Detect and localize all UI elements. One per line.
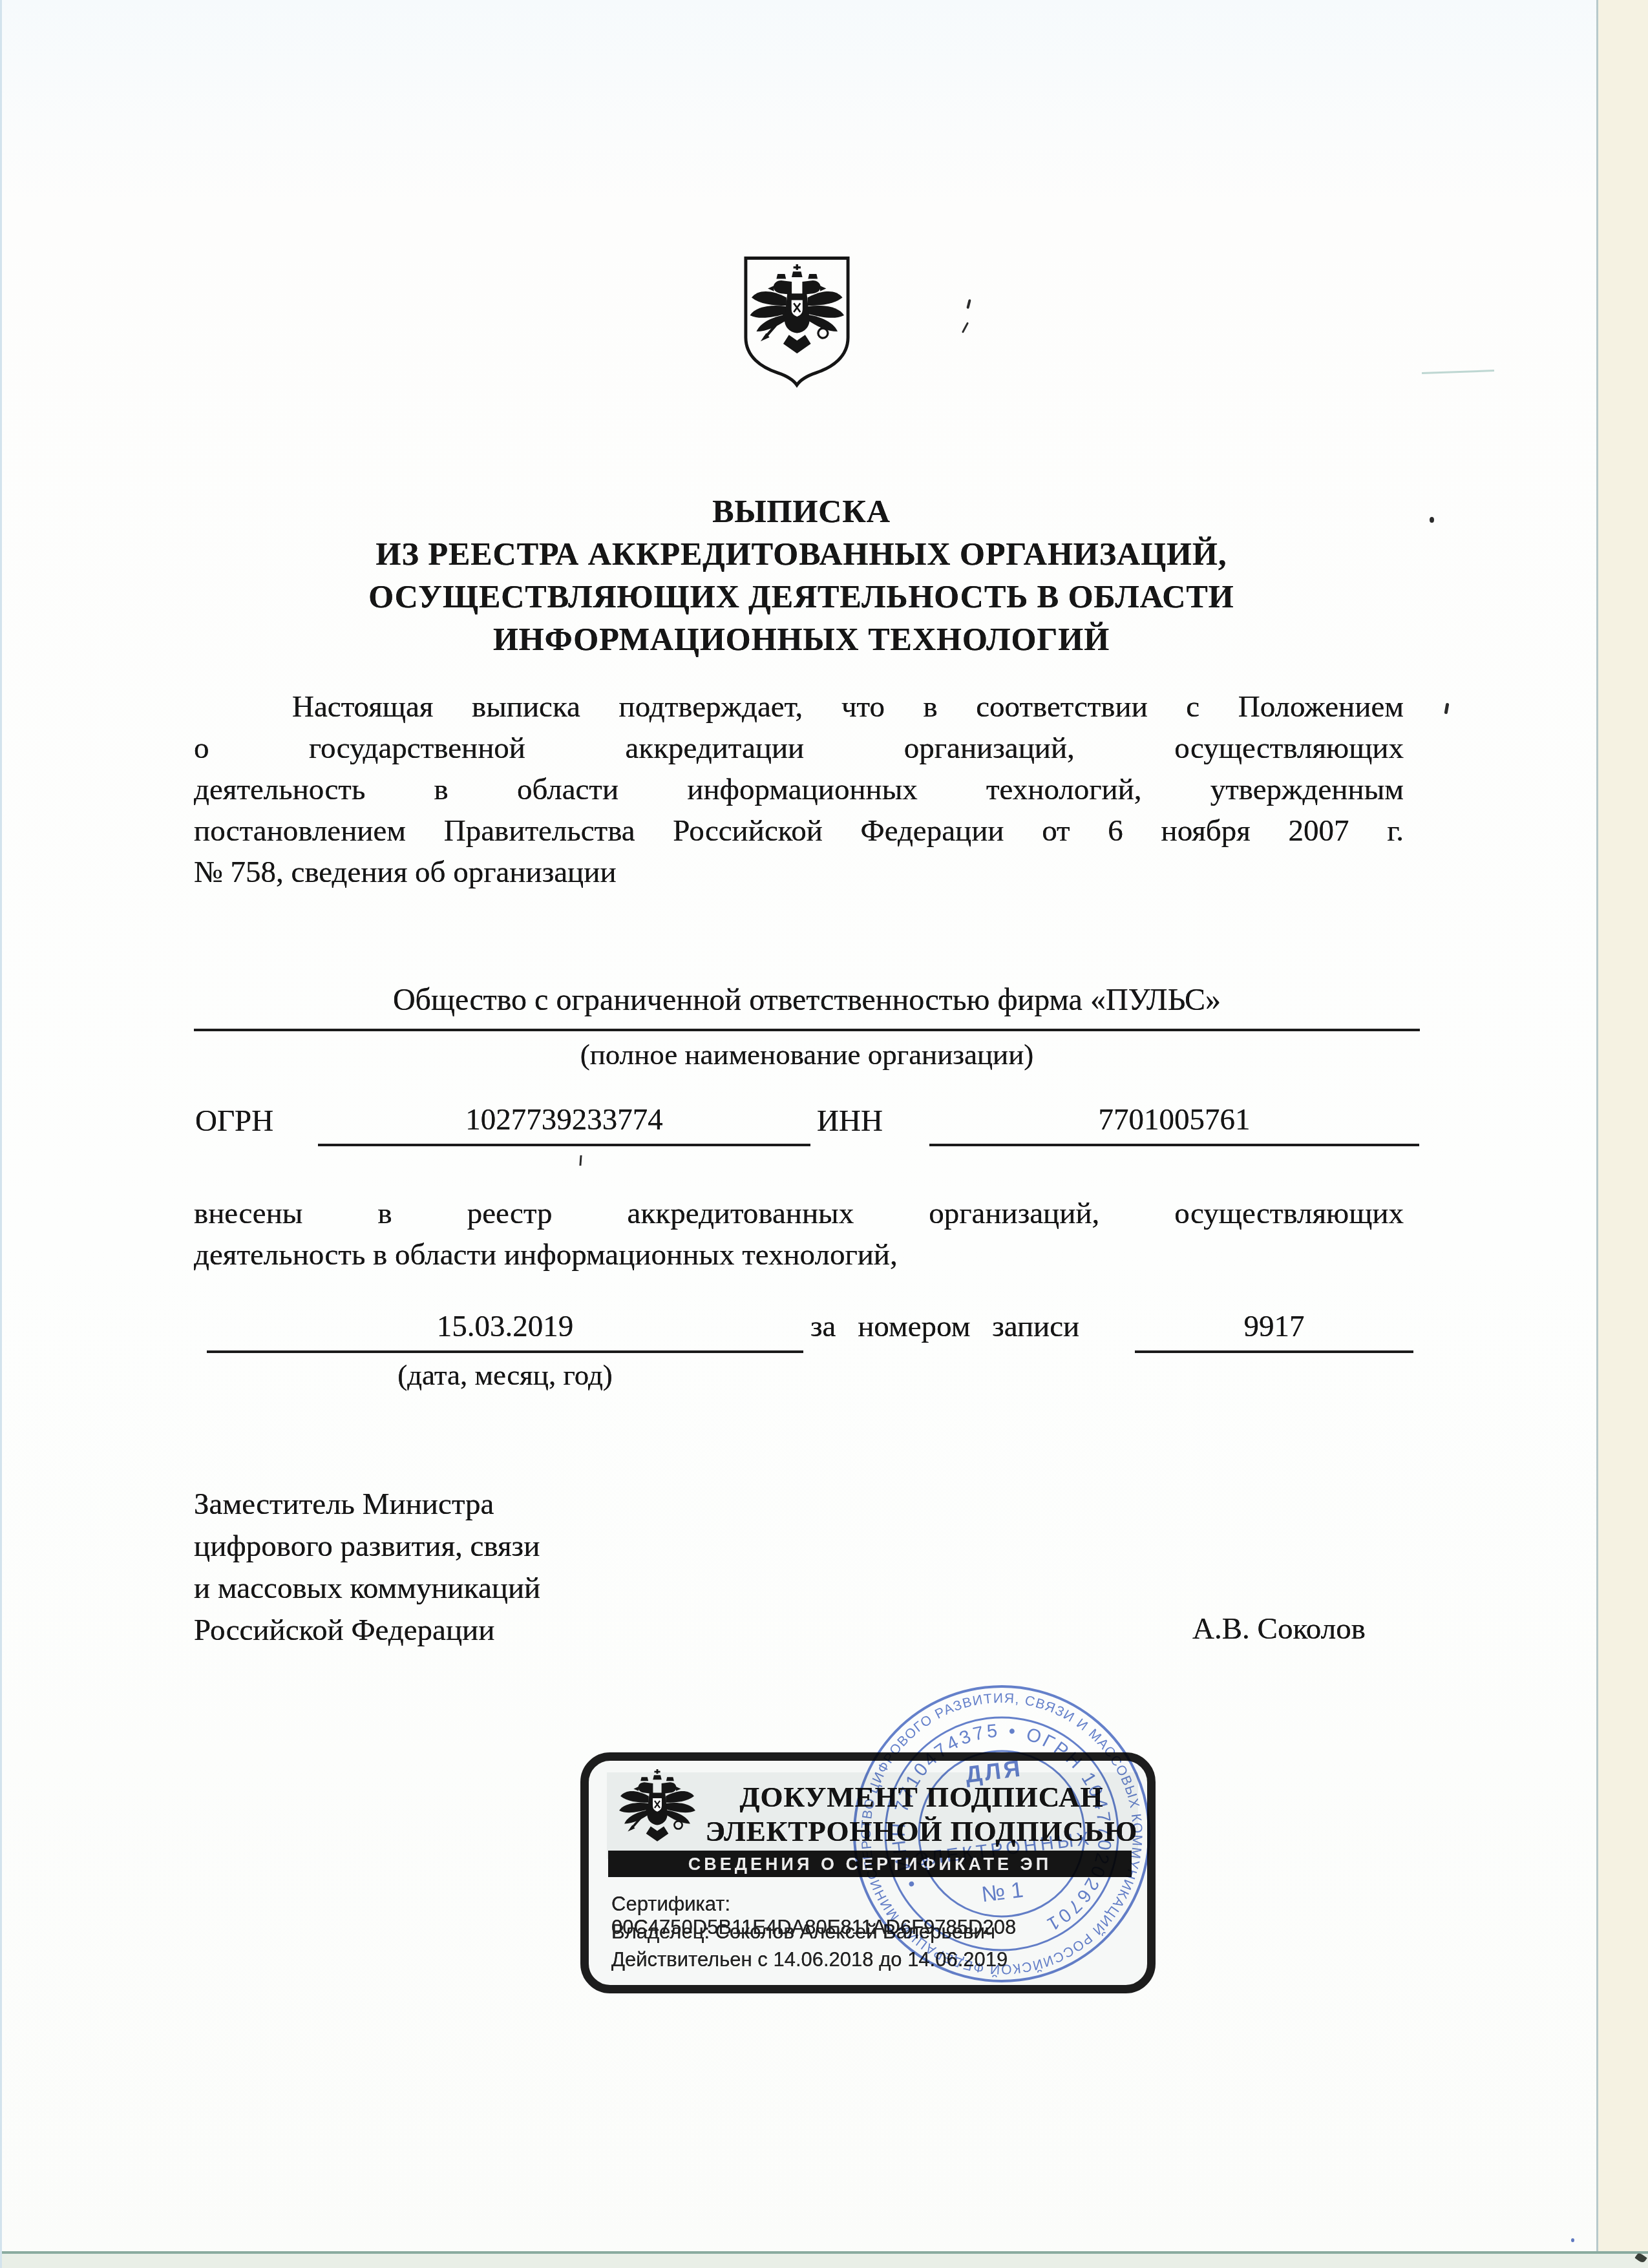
russia-coat-of-arms-icon — [739, 249, 855, 390]
paragraph-line: постановлением Правительства Российской … — [194, 810, 1404, 852]
paragraph-line: № 758, сведения об организации — [194, 852, 1404, 893]
signer-name: А.В. Соколов — [1192, 1612, 1366, 1646]
scan-bottom-paper-edge — [0, 2251, 1648, 2268]
registry-entry-paragraph: внесены в реестр аккредитованных организ… — [194, 1193, 1404, 1276]
record-number-label: за номером записи — [810, 1309, 1079, 1344]
underline — [207, 1350, 803, 1353]
scan-artifact — [1430, 517, 1434, 523]
underline — [318, 1144, 810, 1146]
inn-label: ИНН — [817, 1104, 883, 1139]
document-title: ВЫПИСКА ИЗ РЕЕСТРА АККРЕДИТОВАННЫХ ОРГАН… — [194, 490, 1409, 660]
underline — [1135, 1350, 1413, 1353]
record-date: 15.03.2019 — [207, 1309, 803, 1344]
date-caption: (дата, месяц, год) — [207, 1358, 803, 1392]
stamp-center-line2: ЭЛЕКТРОННЫХ — [914, 1828, 1093, 1870]
underline — [929, 1144, 1419, 1146]
scan-artifact — [962, 322, 969, 333]
stamp-center-line3: № 1 — [980, 1878, 1025, 1907]
underline — [194, 1029, 1420, 1031]
paragraph-line: деятельность в области информационных те… — [194, 769, 1404, 810]
intro-paragraph: Настоящая выписка подтверждает, что в со… — [194, 686, 1404, 893]
paragraph-line: Настоящая выписка подтверждает, что в со… — [194, 686, 1404, 728]
scan-artifact — [1422, 370, 1494, 374]
signer-position-line: Российской Федерации — [194, 1610, 969, 1652]
title-line: ИЗ РЕЕСТРА АККРЕДИТОВАННЫХ ОРГАНИЗАЦИЙ, — [194, 532, 1409, 575]
scan-artifact — [1444, 703, 1450, 715]
signer-position-line: Заместитель Министра — [194, 1484, 969, 1526]
organization-name-caption: (полное наименование организации) — [194, 1038, 1420, 1071]
scanned-document-page: ВЫПИСКА ИЗ РЕЕСТРА АККРЕДИТОВАННЫХ ОРГАН… — [0, 0, 1648, 2268]
record-number: 9917 — [1135, 1309, 1413, 1344]
signer-position-line: цифрового развития, связи — [194, 1526, 969, 1568]
svg-text:• ИНН 7710474375 • ОГРН 104770: • ИНН 7710474375 • ОГРН 1047702026701 — [850, 1682, 1154, 1986]
scan-artifact — [1571, 2238, 1574, 2242]
signer-position: Заместитель Министра цифрового развития,… — [194, 1484, 969, 1652]
inn-value: 7701005761 — [929, 1102, 1419, 1137]
scan-left-edge-line — [0, 0, 2, 2268]
title-line: ВЫПИСКА — [194, 490, 1409, 532]
stamp-inner-ring-text: • ИНН 7710474375 • ОГРН 1047702026701 — [850, 1682, 1154, 1986]
paragraph-line: о государственной аккредитации организац… — [194, 728, 1404, 769]
ogrn-value: 1027739233774 — [318, 1102, 810, 1137]
organization-name: Общество с ограниченной ответственностью… — [194, 982, 1420, 1018]
scan-right-paper-edge — [1596, 0, 1648, 2268]
title-line: ИНФОРМАЦИОННЫХ ТЕХНОЛОГИЙ — [194, 618, 1409, 660]
paragraph-line: внесены в реестр аккредитованных организ… — [194, 1193, 1404, 1234]
russia-eagle-icon — [618, 1769, 697, 1847]
signer-position-line: и массовых коммуникаций — [194, 1568, 969, 1610]
paragraph-line: деятельность в области информационных те… — [194, 1234, 1404, 1276]
title-line: ОСУЩЕСТВЛЯЮЩИХ ДЕЯТЕЛЬНОСТЬ В ОБЛАСТИ — [194, 575, 1409, 618]
ministry-round-stamp: МИНИСТЕРСТВО ЦИФРОВОГО РАЗВИТИЯ, СВЯЗИ И… — [850, 1682, 1154, 1986]
stamp-center-line1: ДЛЯ — [964, 1754, 1024, 1788]
scan-artifact — [966, 299, 971, 310]
scan-artifact — [579, 1155, 582, 1166]
ogrn-label: ОГРН — [195, 1104, 273, 1139]
